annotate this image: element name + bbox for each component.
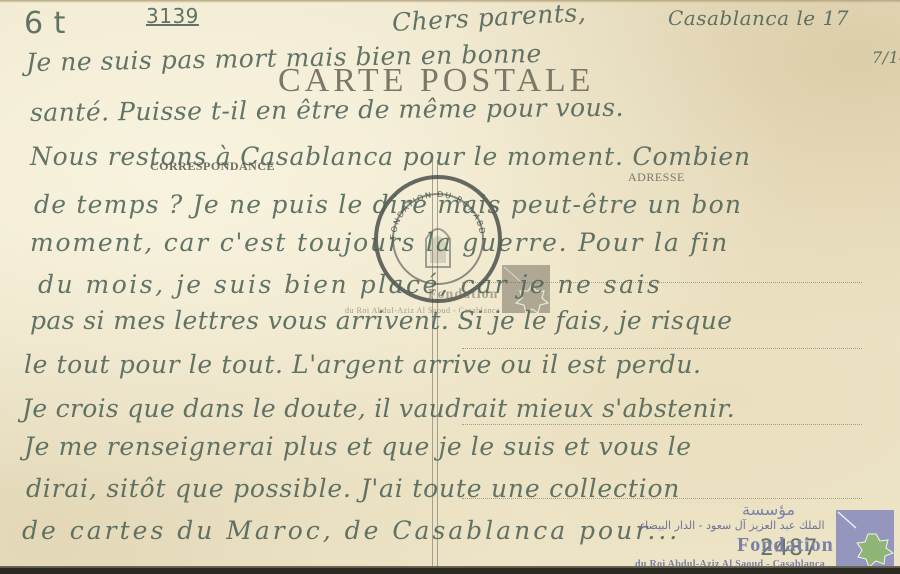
letter-line: du mois, je suis bien placé, car je ne s… (38, 270, 662, 299)
logo-arabic-subtitle: الملك عبد العزيز آل سعود - الدار البيضاء (640, 519, 825, 532)
letter-line: pas si mes lettres vous arrivent. Si je … (30, 306, 733, 335)
card-bottom-edge (0, 566, 900, 568)
logo-arabic-title: مؤسسة (742, 500, 795, 519)
letter-line: santé. Puisse t-il en être de même pour … (30, 93, 624, 127)
letter-line: moment, car c'est toujours la guerre. Po… (30, 228, 729, 257)
logo-fondation-name: Fondation (737, 534, 834, 557)
date-fraction: 7/14 (872, 48, 900, 67)
letter-line: dirai, sitôt que possible. J'ai toute un… (26, 474, 680, 503)
address-line (462, 348, 862, 349)
archive-reference-number: 3139 (146, 4, 199, 28)
salutation: Chers parents, (391, 0, 587, 37)
postcard-back: CARTE POSTALE CORRESPONDANCE ADRESSE FON… (0, 0, 900, 568)
letter-line: Je crois que dans le doute, il vaudrait … (22, 394, 735, 423)
letter-line: Je me renseignerai plus et que je le sui… (24, 432, 692, 461)
letter-line: Nous restons à Casablanca pour le moment… (30, 142, 751, 171)
green-star-icon (836, 510, 894, 568)
archive-corner-note: 6 t (24, 6, 66, 41)
foundation-logo-square (836, 510, 894, 568)
place-date: Casablanca le 17 (668, 6, 849, 30)
printed-adresse-label: ADRESSE (628, 170, 685, 185)
letter-line: le tout pour le tout. L'argent arrive ou… (24, 350, 702, 379)
card-top-edge (0, 0, 900, 3)
letter-line: de temps ? Je ne puis le dire mais peut-… (34, 190, 742, 219)
address-line (462, 424, 862, 425)
letter-line: de cartes du Maroc, de Casablanca pour..… (22, 516, 680, 545)
